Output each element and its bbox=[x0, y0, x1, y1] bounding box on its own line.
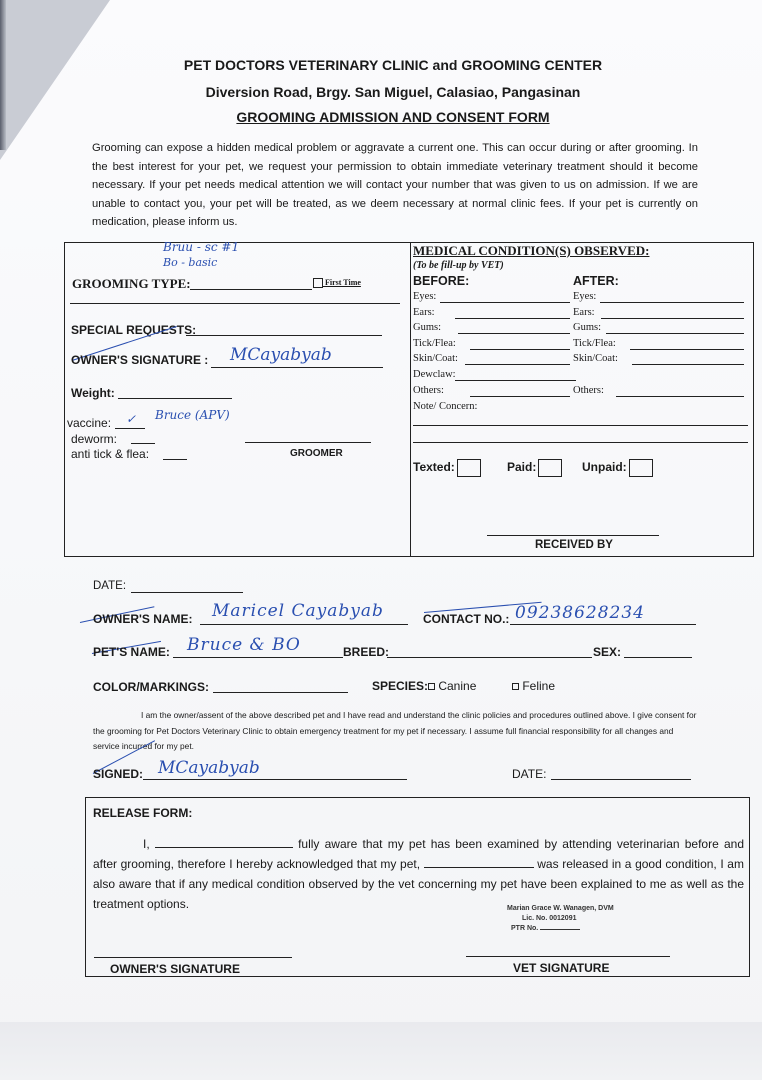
received-by-label: RECEIVED BY bbox=[535, 539, 613, 551]
before-field-line[interactable] bbox=[455, 380, 576, 381]
corner-shadow bbox=[0, 0, 6, 150]
canine-checkbox[interactable] bbox=[428, 683, 435, 690]
vaccine-label: vaccine: bbox=[67, 416, 111, 430]
paid-label: Paid: bbox=[507, 460, 536, 474]
breed-label: BREED: bbox=[343, 645, 389, 659]
first-time-option[interactable]: First Time bbox=[313, 278, 361, 288]
first-time-label: First Time bbox=[325, 278, 361, 287]
before-field-line[interactable] bbox=[470, 349, 570, 350]
after-field-line[interactable] bbox=[606, 333, 744, 334]
pet-name-label: PET'S NAME: bbox=[93, 645, 170, 659]
note-concern-label: Note/ Concern: bbox=[413, 401, 477, 412]
before-field-line[interactable] bbox=[455, 318, 570, 319]
consent-text: I am the owner/assent of the above descr… bbox=[93, 710, 696, 751]
contact-field[interactable] bbox=[510, 624, 696, 625]
feline-checkbox[interactable] bbox=[512, 683, 519, 690]
before-field-label: Skin/Coat: bbox=[413, 353, 458, 364]
date-label: DATE: bbox=[93, 580, 126, 592]
after-field-line[interactable] bbox=[616, 396, 744, 397]
after-field-line[interactable] bbox=[600, 302, 744, 303]
vet-stamp-ptr: PTR No. bbox=[511, 924, 580, 934]
deworm-label: deworm: bbox=[71, 432, 117, 446]
pet-name-field[interactable] bbox=[173, 657, 343, 658]
paid-checkbox[interactable] bbox=[538, 459, 562, 477]
before-field-line[interactable] bbox=[470, 396, 570, 397]
handwritten-grooming-type-1: Bruu - sc #1 bbox=[163, 240, 239, 254]
handwritten-grooming-type-2: Bo - basic bbox=[163, 256, 217, 269]
consent-date-field[interactable] bbox=[551, 779, 691, 780]
note-line-2[interactable] bbox=[413, 442, 748, 443]
clinic-address: Diversion Road, Brgy. San Miguel, Calasi… bbox=[12, 84, 762, 100]
species-option-feline[interactable]: Feline bbox=[512, 679, 555, 693]
before-field-label: Ears: bbox=[413, 307, 435, 318]
owner-signature-label: OWNER'S SIGNATURE : bbox=[71, 353, 208, 367]
pet-name-handwritten: Bruce & BO bbox=[187, 635, 301, 655]
weight-field[interactable] bbox=[118, 398, 232, 399]
signed-label: SIGNED: bbox=[93, 767, 143, 781]
vaccine-check-mark: ✓ bbox=[126, 412, 136, 426]
color-markings-field[interactable] bbox=[213, 692, 348, 693]
release-text: I, fully aware that my pet has been exam… bbox=[93, 834, 744, 914]
paid-option[interactable]: Paid: bbox=[507, 459, 562, 477]
breed-field[interactable] bbox=[387, 657, 592, 658]
owner-signature-handwritten: MCayabyab bbox=[230, 345, 332, 365]
deworm-field[interactable] bbox=[131, 443, 155, 444]
groomer-signature-line[interactable] bbox=[245, 442, 371, 443]
groomer-label: GROOMER bbox=[290, 448, 343, 459]
before-field-label: Eyes: bbox=[413, 291, 436, 302]
unpaid-label: Unpaid: bbox=[582, 460, 627, 474]
signed-field[interactable] bbox=[143, 779, 407, 780]
after-field-label: Ears: bbox=[573, 307, 595, 318]
consent-paragraph: I am the owner/assent of the above descr… bbox=[93, 708, 699, 755]
consent-date-label: DATE: bbox=[512, 767, 546, 781]
sex-label: SEX: bbox=[593, 645, 621, 659]
canine-label: Canine bbox=[438, 679, 476, 693]
scanner-edge bbox=[0, 1022, 762, 1080]
received-by-line[interactable] bbox=[487, 535, 659, 536]
before-field-line[interactable] bbox=[465, 364, 570, 365]
after-heading: AFTER: bbox=[573, 274, 619, 288]
unpaid-option[interactable]: Unpaid: bbox=[582, 459, 653, 477]
ptr-field[interactable] bbox=[540, 929, 580, 930]
owner-release-signature-line[interactable] bbox=[94, 957, 292, 958]
before-field-label: Gums: bbox=[413, 322, 441, 333]
grooming-type-label: GROOMING TYPE: bbox=[72, 276, 191, 292]
owner-name-handwritten: Maricel Cayabyab bbox=[212, 601, 384, 621]
after-field-label: Skin/Coat: bbox=[573, 353, 618, 364]
vaccine-field[interactable] bbox=[115, 428, 145, 429]
before-field-label: Dewclaw: bbox=[413, 369, 456, 380]
texted-option[interactable]: Texted: bbox=[413, 459, 481, 477]
release-pet-name-field[interactable] bbox=[424, 867, 534, 868]
special-requests-field[interactable] bbox=[186, 335, 382, 336]
form-title: GROOMING ADMISSION AND CONSENT FORM bbox=[12, 109, 762, 125]
feline-label: Feline bbox=[522, 679, 555, 693]
vet-signature-label: VET SIGNATURE bbox=[513, 961, 609, 975]
scanned-form-page: PET DOCTORS VETERINARY CLINIC and GROOMI… bbox=[0, 0, 762, 1080]
owner-name-field[interactable] bbox=[200, 624, 408, 625]
grooming-type-extra-line[interactable] bbox=[70, 303, 400, 304]
medical-box bbox=[410, 242, 754, 557]
vaccine-note-handwritten: Bruce (APV) bbox=[155, 408, 230, 422]
signed-handwritten: MCayabyab bbox=[158, 758, 260, 778]
clinic-name: PET DOCTORS VETERINARY CLINIC and GROOMI… bbox=[12, 57, 762, 73]
unpaid-checkbox[interactable] bbox=[629, 459, 653, 477]
ptr-label: PTR No. bbox=[511, 925, 538, 932]
note-line-1[interactable] bbox=[413, 425, 748, 426]
after-field-line[interactable] bbox=[630, 349, 744, 350]
texted-label: Texted: bbox=[413, 460, 455, 474]
release-owner-name-field[interactable] bbox=[155, 847, 293, 848]
weight-label: Weight: bbox=[71, 386, 115, 400]
medical-subtitle: (To be fill-up by VET) bbox=[413, 260, 504, 271]
before-field-line[interactable] bbox=[440, 302, 570, 303]
after-field-label: Others: bbox=[573, 385, 604, 396]
before-field-line[interactable] bbox=[458, 333, 570, 334]
sex-field[interactable] bbox=[624, 657, 692, 658]
grooming-type-field[interactable] bbox=[190, 289, 312, 290]
medical-title: MEDICAL CONDITION(S) OBSERVED: bbox=[413, 243, 649, 259]
after-field-label: Gums: bbox=[573, 322, 601, 333]
first-time-checkbox[interactable] bbox=[313, 278, 323, 288]
owner-name-label: OWNER'S NAME: bbox=[93, 612, 193, 626]
before-heading: BEFORE: bbox=[413, 274, 469, 288]
release-text-i: I, bbox=[143, 837, 150, 851]
contact-handwritten: 09238628234 bbox=[515, 603, 645, 623]
before-field-label: Tick/Flea: bbox=[413, 338, 456, 349]
after-field-label: Tick/Flea: bbox=[573, 338, 616, 349]
vet-stamp-name: Marian Grace W. Wanagen, DVM bbox=[507, 904, 614, 914]
before-field-label: Others: bbox=[413, 385, 444, 396]
after-field-label: Eyes: bbox=[573, 291, 596, 302]
vet-signature-line[interactable] bbox=[466, 956, 670, 957]
folded-corner bbox=[0, 0, 110, 160]
contact-label: CONTACT NO.: bbox=[423, 612, 509, 626]
color-markings-label: COLOR/MARKINGS: bbox=[93, 680, 209, 694]
owner-signature-field[interactable] bbox=[211, 367, 383, 368]
texted-checkbox[interactable] bbox=[457, 459, 481, 477]
species-label: SPECIES: bbox=[372, 679, 428, 693]
owner-release-signature-label: OWNER'S SIGNATURE bbox=[110, 962, 240, 976]
species-option-canine[interactable]: Canine bbox=[428, 679, 476, 693]
anti-tick-field[interactable] bbox=[163, 459, 187, 460]
anti-tick-label: anti tick & flea: bbox=[71, 447, 149, 461]
intro-paragraph: Grooming can expose a hidden medical pro… bbox=[92, 139, 698, 232]
after-field-line[interactable] bbox=[632, 364, 744, 365]
special-requests-label: SPECIAL REQUESTS: bbox=[71, 323, 196, 337]
release-form-title: RELEASE FORM: bbox=[93, 806, 192, 820]
vet-stamp-license: Lic. No. 0012091 bbox=[522, 914, 576, 924]
date-field[interactable] bbox=[131, 592, 243, 593]
after-field-line[interactable] bbox=[601, 318, 744, 319]
